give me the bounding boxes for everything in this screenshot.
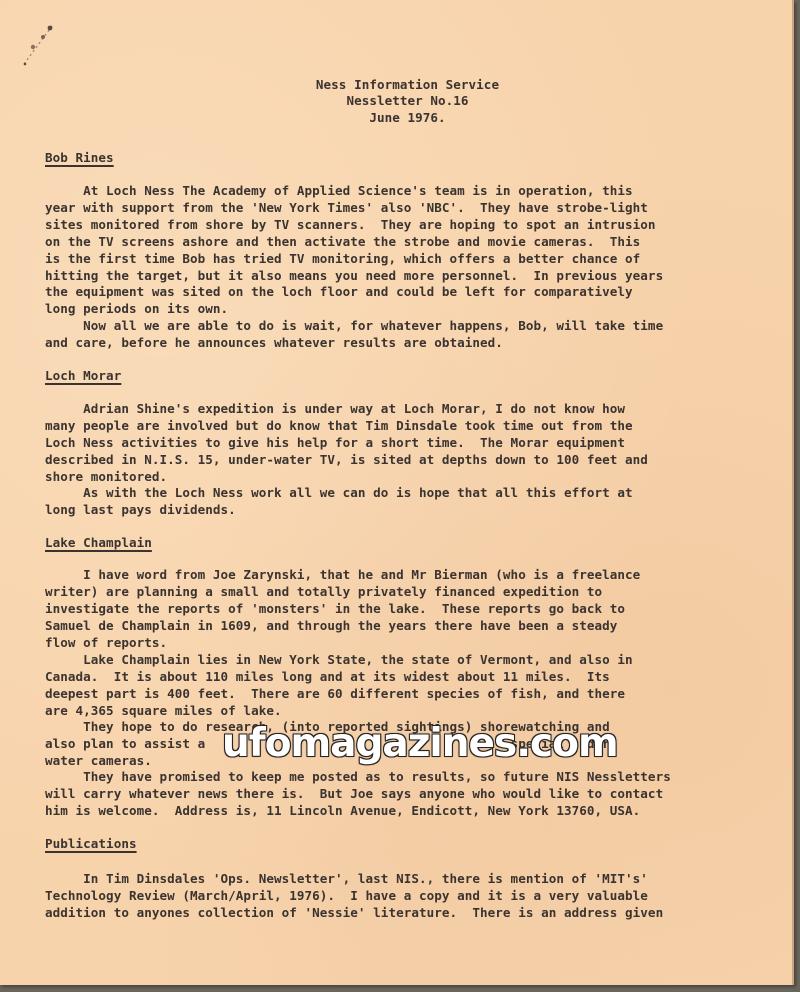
- section-title-lake-champlain: Lake Champlain: [45, 535, 152, 550]
- document-page: Ness Information Service Nessletter No.1…: [0, 0, 794, 985]
- watermark-logo: ufomagazines.com: [222, 722, 618, 766]
- paragraph: In Tim Dinsdales 'Ops. Newsletter', last…: [45, 871, 663, 922]
- paragraph: Adrian Shine's expedition is under way a…: [45, 401, 648, 486]
- section-title-loch-morar: Loch Morar: [45, 368, 121, 383]
- paragraph: At Loch Ness The Academy of Applied Scie…: [45, 183, 663, 318]
- paragraph: I have word from Joe Zarynski, that he a…: [45, 567, 640, 652]
- issue-number: Nessletter No.16: [45, 93, 770, 109]
- ink-smudge-icon: [20, 20, 60, 70]
- paragraph: As with the Loch Ness work all we can do…: [45, 485, 633, 519]
- newsletter-header: Ness Information Service Nessletter No.1…: [45, 77, 770, 126]
- section-title-publications: Publications: [45, 836, 137, 851]
- paragraph: Now all we are able to do is wait, for w…: [45, 318, 663, 352]
- issue-date: June 1976.: [45, 110, 770, 126]
- org-name: Ness Information Service: [45, 77, 770, 93]
- section-title-bob-rines: Bob Rines: [45, 150, 114, 165]
- paragraph: They have promised to keep me posted as …: [45, 769, 671, 820]
- paragraph: Lake Champlain lies in New York State, t…: [45, 652, 633, 720]
